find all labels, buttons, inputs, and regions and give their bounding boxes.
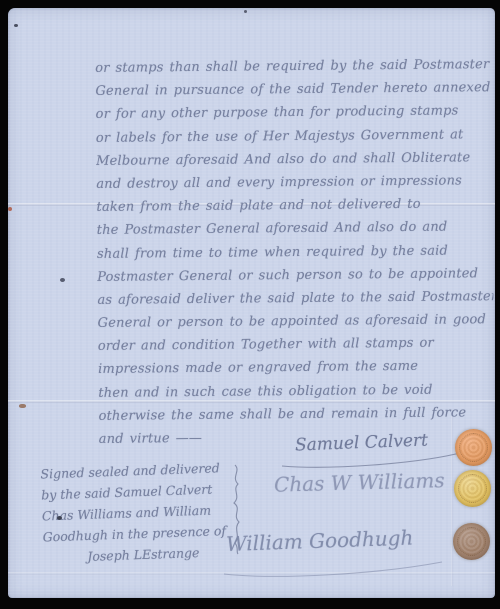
seal-emboss bbox=[459, 433, 488, 462]
paper-speck bbox=[14, 24, 18, 27]
signature-chas-williams: Chas W Williams bbox=[274, 467, 475, 496]
document-body: or stamps than shall be required by the … bbox=[95, 57, 495, 455]
scan-background: or stamps than shall be required by the … bbox=[0, 0, 500, 609]
paper-speck bbox=[8, 207, 12, 211]
paper-speck bbox=[19, 404, 26, 408]
brown-wax-seal-icon bbox=[453, 523, 490, 560]
orange-wax-seal-icon bbox=[455, 429, 492, 466]
fold-crease-bottom bbox=[8, 572, 495, 575]
signature-william-goodhugh: William Goodhugh bbox=[226, 524, 457, 556]
document-page: or stamps than shall be required by the … bbox=[8, 8, 495, 598]
yellow-wax-seal-icon bbox=[454, 470, 491, 507]
seal-emboss bbox=[457, 527, 486, 556]
signature-flourish-goodhugh bbox=[218, 558, 448, 580]
seal-emboss bbox=[458, 474, 487, 503]
paper-speck bbox=[60, 278, 65, 282]
paper-speck bbox=[244, 10, 247, 13]
attestation-clause: Signed sealed and delivered by the said … bbox=[40, 460, 244, 572]
